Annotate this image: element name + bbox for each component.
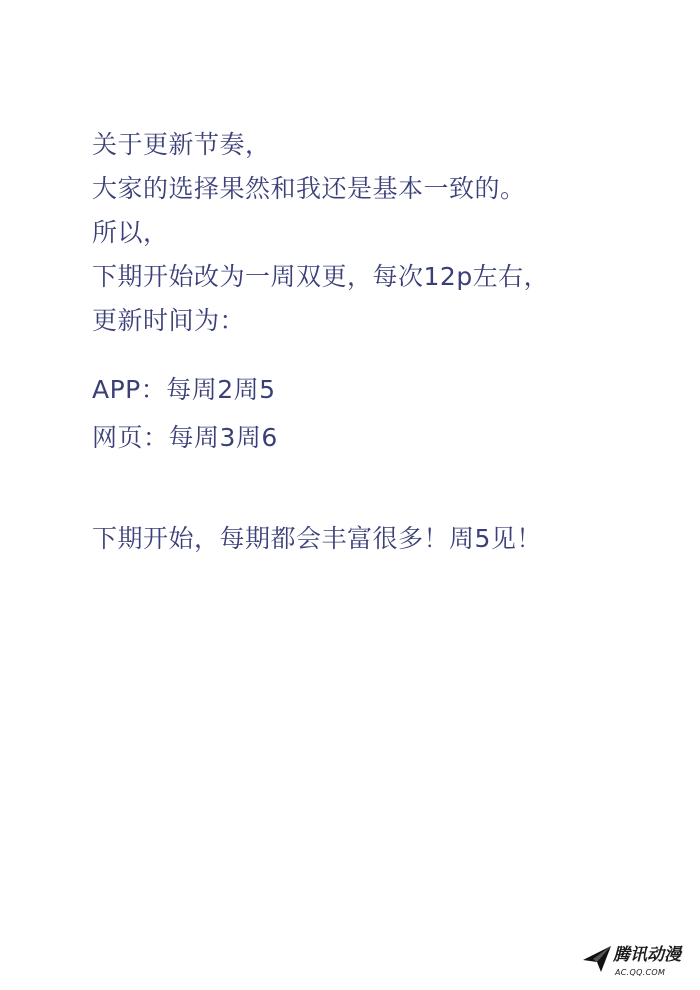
brand-name: 腾讯动漫 <box>613 944 681 966</box>
notice-line-web-schedule: 网页：每周3周6 <box>92 421 278 455</box>
notice-line-app-schedule: APP：每周2周5 <box>92 373 276 407</box>
notice-line-closing: 下期开始，每期都会丰富很多！周5见！ <box>92 522 542 556</box>
notice-line-1: 关于更新节奏， <box>92 128 271 162</box>
notice-line-5: 更新时间为： <box>92 304 245 338</box>
notice-line-2: 大家的选择果然和我还是基本一致的。 <box>92 172 526 206</box>
notice-line-4: 下期开始改为一周双更，每次12p左右， <box>92 260 549 294</box>
notice-line-3: 所以， <box>92 216 169 250</box>
paper-plane-icon <box>583 946 613 974</box>
brand-url: AC.QQ.COM <box>615 968 665 978</box>
tencent-comic-watermark: 腾讯动漫 AC.QQ.COM <box>583 944 693 984</box>
comic-page: 关于更新节奏， 大家的选择果然和我还是基本一致的。 所以， 下期开始改为一周双更… <box>0 0 700 990</box>
